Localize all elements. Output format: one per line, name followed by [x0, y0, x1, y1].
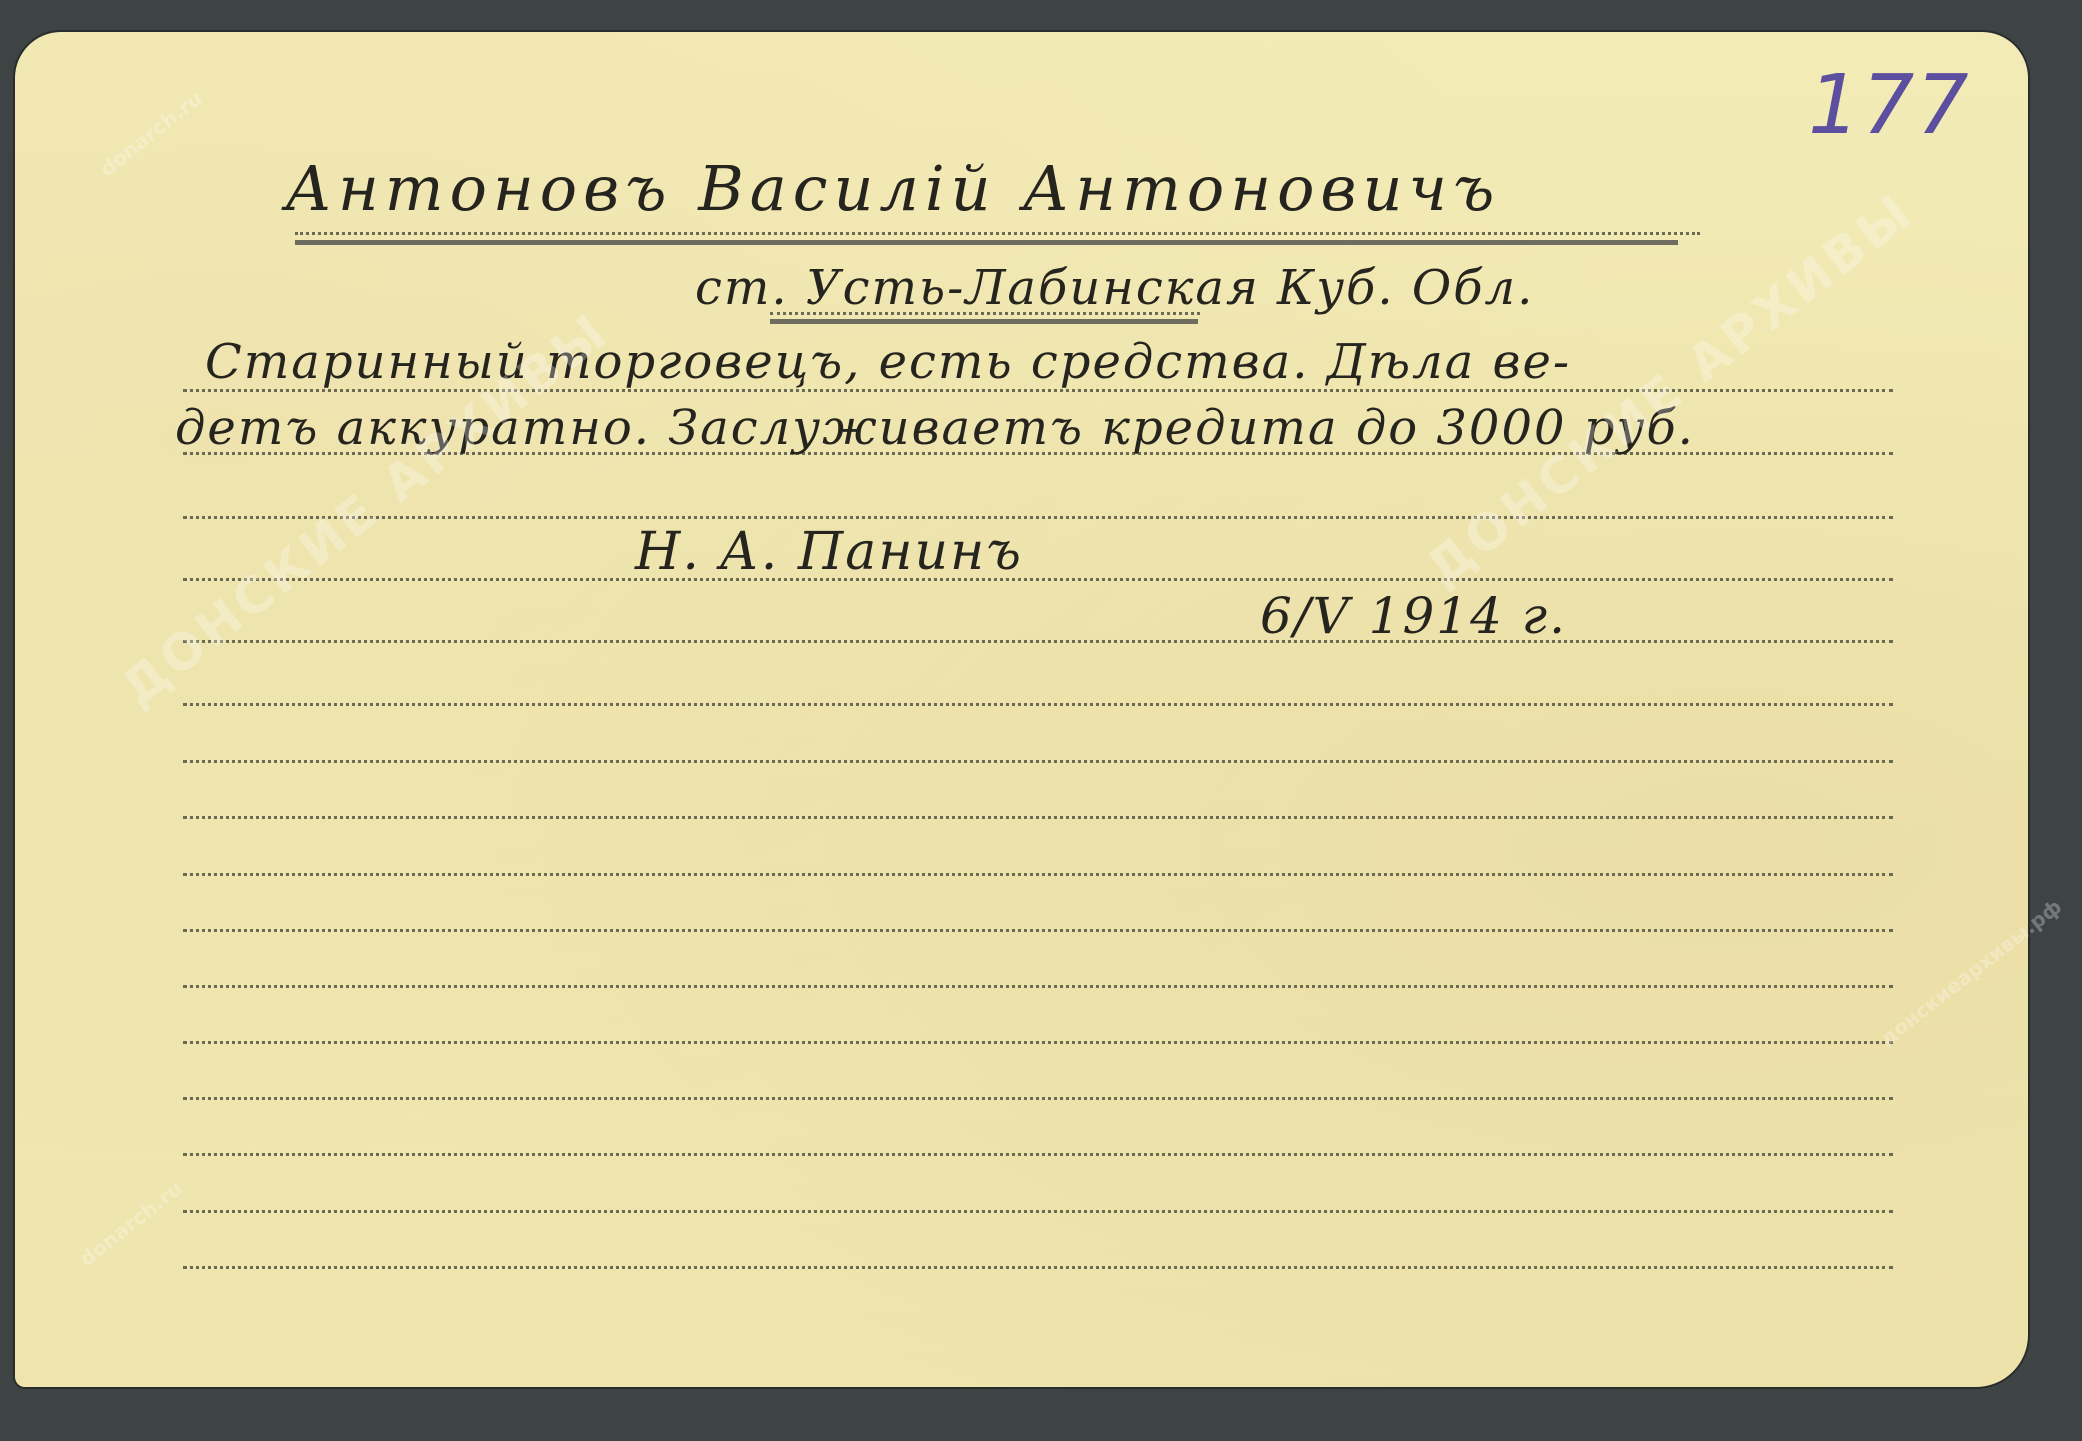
ruled-line	[183, 873, 1893, 876]
date: 6/V 1914 г.	[1260, 587, 1567, 645]
ruled-line	[183, 929, 1893, 932]
title-thick-rule	[295, 240, 1678, 245]
ruled-line	[183, 1041, 1893, 1044]
watermark-site: donarch.ru	[95, 86, 207, 181]
ruled-line	[183, 760, 1893, 763]
signature: Н. А. Панинъ	[635, 522, 1023, 582]
reference-line-1: Старинный торговецъ, есть средства. Дѣла…	[205, 334, 1571, 390]
ruled-line	[183, 1097, 1893, 1100]
card-number: 177	[1808, 58, 1971, 153]
ruled-line	[183, 985, 1893, 988]
ruled-line	[183, 1266, 1893, 1269]
ruled-line	[183, 1210, 1893, 1213]
ruled-line	[183, 1153, 1893, 1156]
ruled-line	[183, 516, 1893, 519]
person-name: Антоновъ Василій Антоновичъ	[285, 152, 1500, 225]
location-text: ст. Усть-Лабинская Куб. Обл.	[695, 260, 1534, 316]
watermark-site: donarch.ru	[75, 1176, 187, 1271]
ruled-line	[183, 578, 1893, 581]
ruled-line	[183, 703, 1893, 706]
ruled-line	[183, 816, 1893, 819]
title-dotted-rule	[295, 232, 1700, 235]
location-thick-rule	[770, 319, 1198, 324]
watermark-site: донскиеархивы.рф	[1875, 894, 2066, 1051]
reference-line-2: детъ аккуратно. Заслуживаетъ кредита до …	[175, 400, 1695, 456]
ruled-line	[183, 640, 1893, 643]
archive-index-card: Антоновъ Василій Антоновичъ ст. Усть-Лаб…	[15, 32, 2028, 1387]
